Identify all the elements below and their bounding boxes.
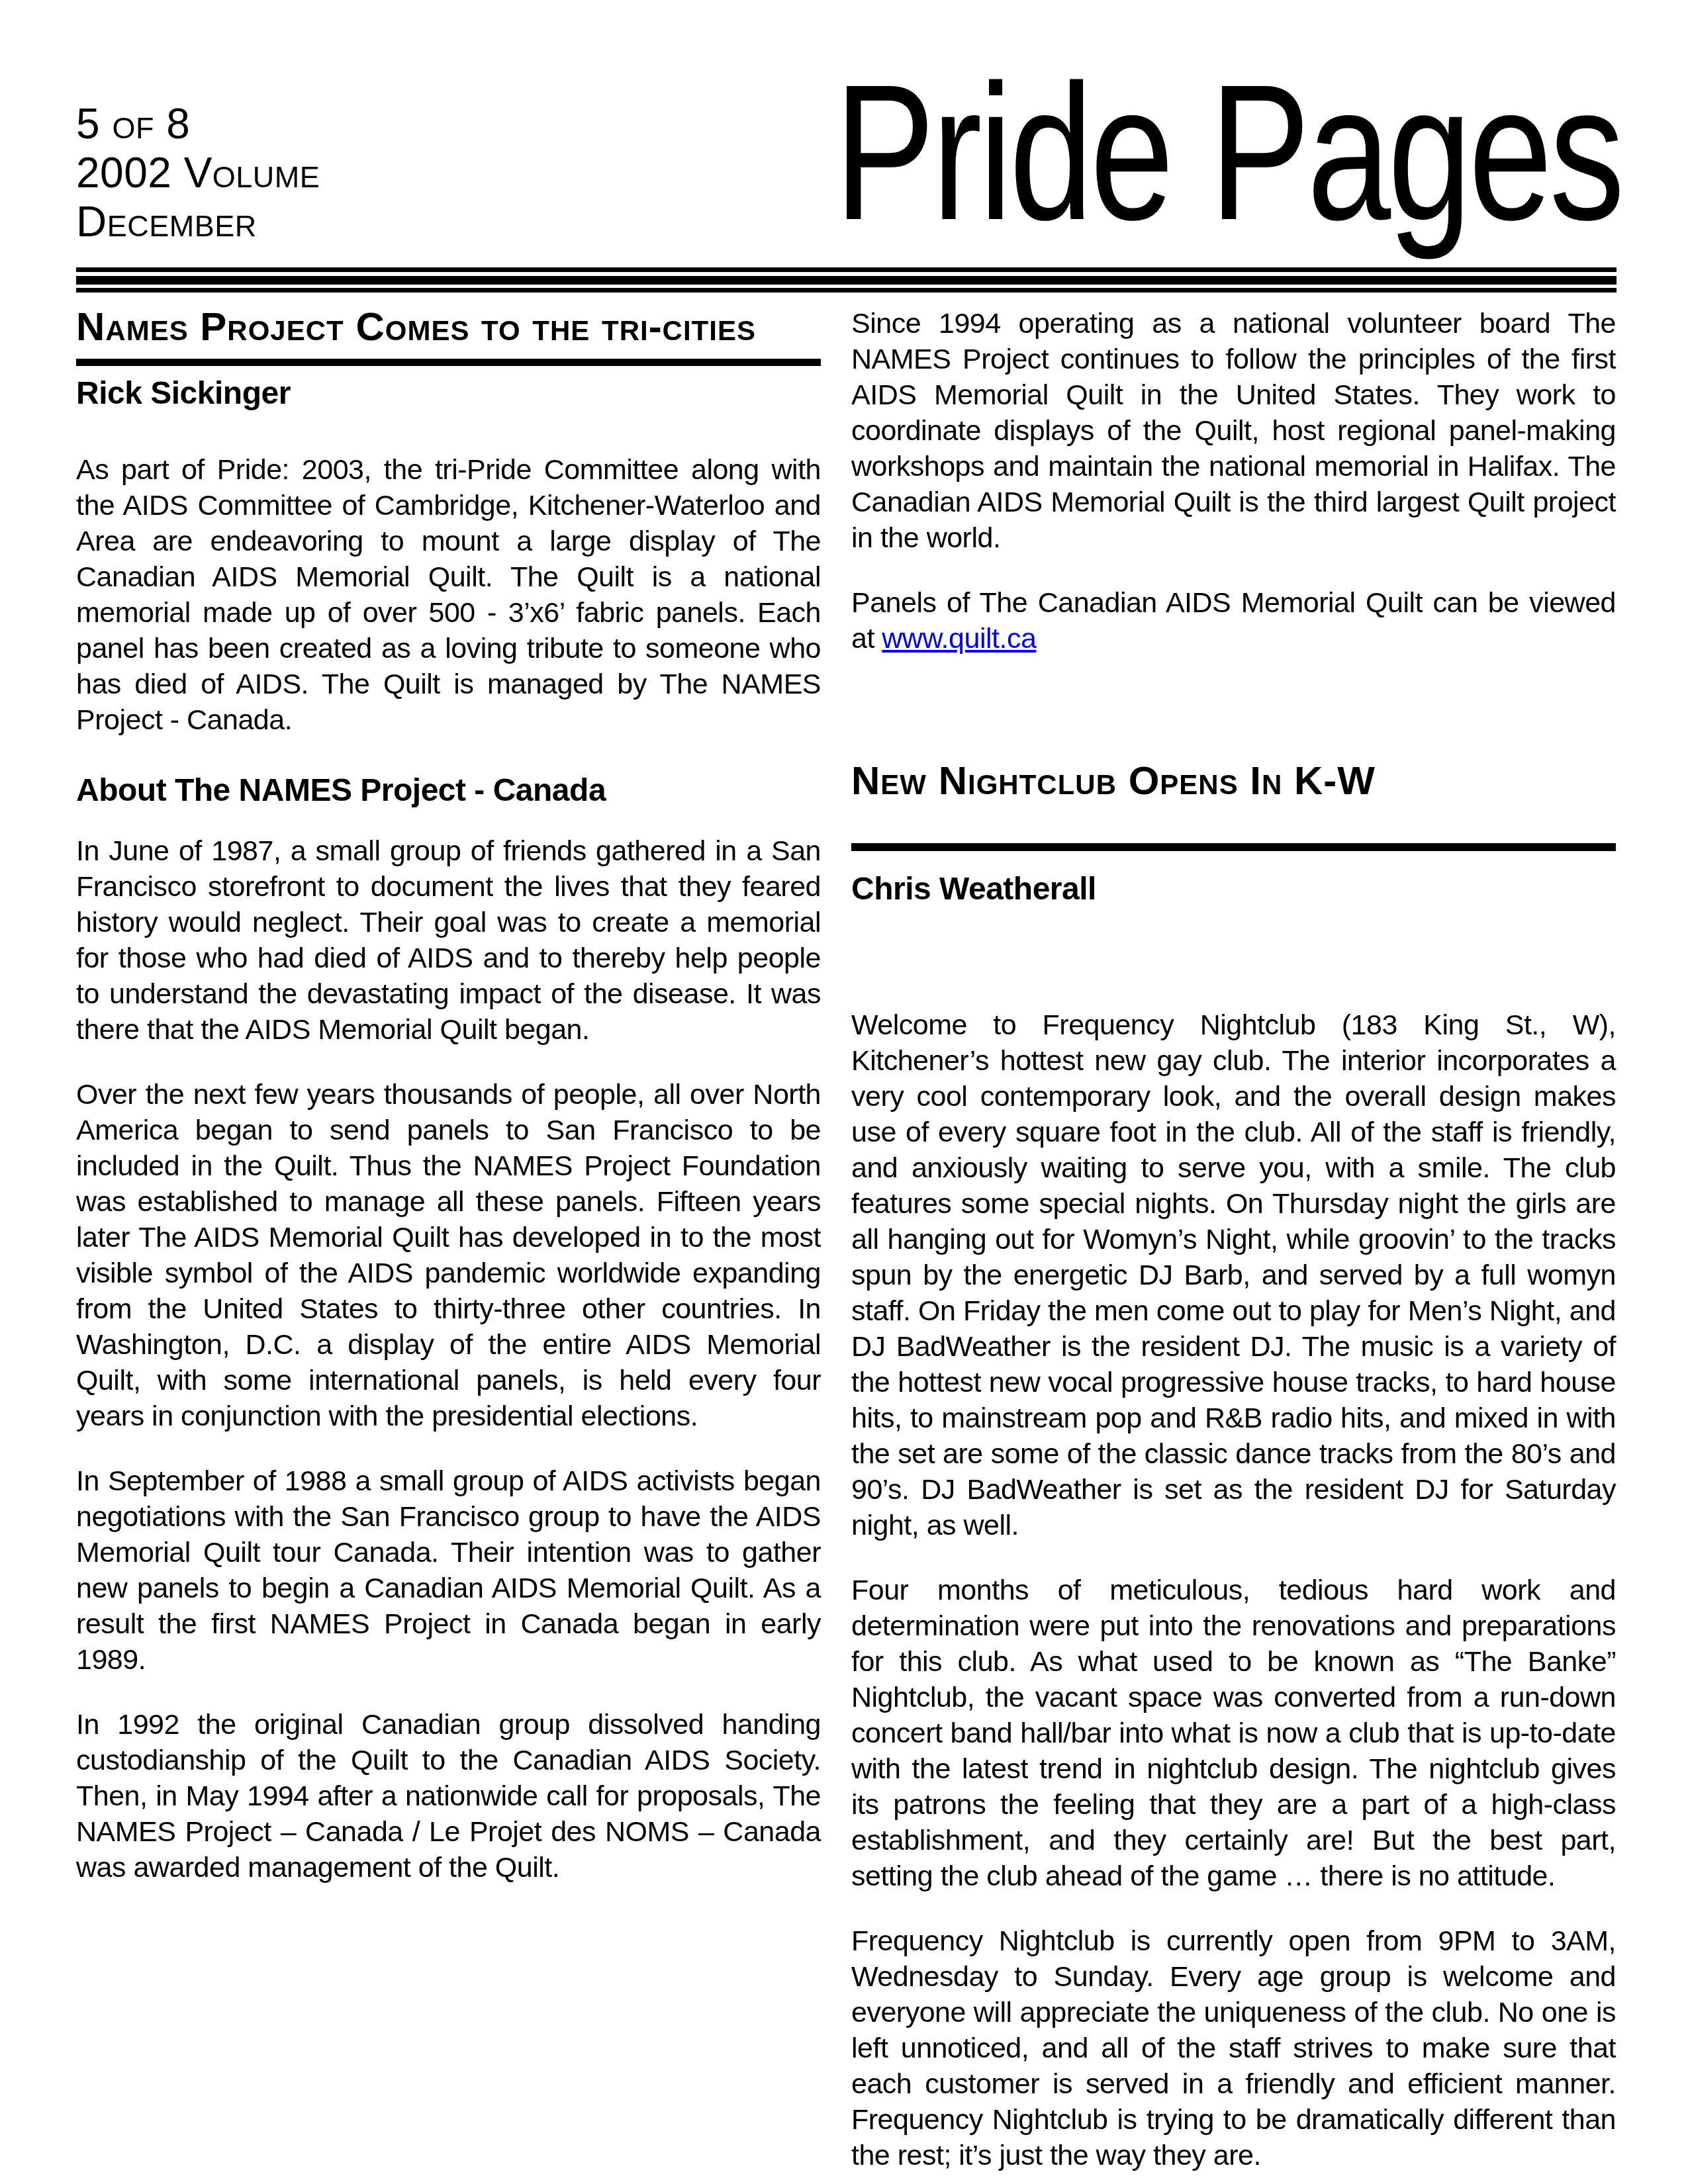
masthead-rule-top — [76, 267, 1617, 272]
masthead-issue-info: 5 of 8 2002 Volume December — [76, 99, 320, 246]
paragraph-with-link: Panels of The Canadian AIDS Memorial Qui… — [851, 585, 1616, 657]
byline-chris-weatherall: Chris Weatherall — [851, 871, 1616, 908]
paragraph: As part of Pride: 2003, the tri-Pride Co… — [76, 452, 821, 738]
article-heading-new-nightclub: New Nightclub Opens In K-W — [851, 760, 1616, 802]
paragraph: In June of 1987, a small group of friend… — [76, 833, 821, 1048]
paragraph: Since 1994 operating as a national volun… — [851, 306, 1616, 556]
issue-month: December — [76, 197, 320, 246]
left-column: Names Project Comes to the tri-cities Ri… — [76, 306, 821, 1886]
volume: 2002 Volume — [76, 148, 320, 197]
newsletter-title: Pride Pages — [835, 44, 1622, 260]
masthead-rule-middle — [76, 276, 1617, 285]
heading-rule-right — [851, 843, 1616, 851]
page-number: 5 of 8 — [76, 99, 320, 148]
right-column: Since 1994 operating as a national volun… — [851, 306, 1616, 2173]
masthead-title-wrap: Pride Pages — [835, 56, 1622, 249]
paragraph: In 1992 the original Canadian group diss… — [76, 1707, 821, 1886]
masthead-rule — [76, 267, 1617, 293]
masthead-rule-bottom — [76, 288, 1617, 293]
paragraph: Frequency Nightclub is currently open fr… — [851, 1923, 1616, 2173]
article-heading-names-project: Names Project Comes to the tri-cities — [76, 306, 821, 348]
newsletter-page: 5 of 8 2002 Volume December Pride Pages … — [0, 0, 1688, 2184]
heading-rule-left — [76, 359, 821, 366]
paragraph: Four months of meticulous, tedious hard … — [851, 1572, 1616, 1894]
quilt-website-link[interactable]: www.quilt.ca — [882, 623, 1036, 655]
paragraph: Over the next few years thousands of peo… — [76, 1077, 821, 1434]
paragraph: Welcome to Frequency Nightclub (183 King… — [851, 1007, 1616, 1543]
paragraph: In September of 1988 a small group of AI… — [76, 1463, 821, 1678]
subheading-about-names-project: About The NAMES Project - Canada — [76, 772, 821, 809]
byline-rick-sickinger: Rick Sickinger — [76, 375, 821, 412]
